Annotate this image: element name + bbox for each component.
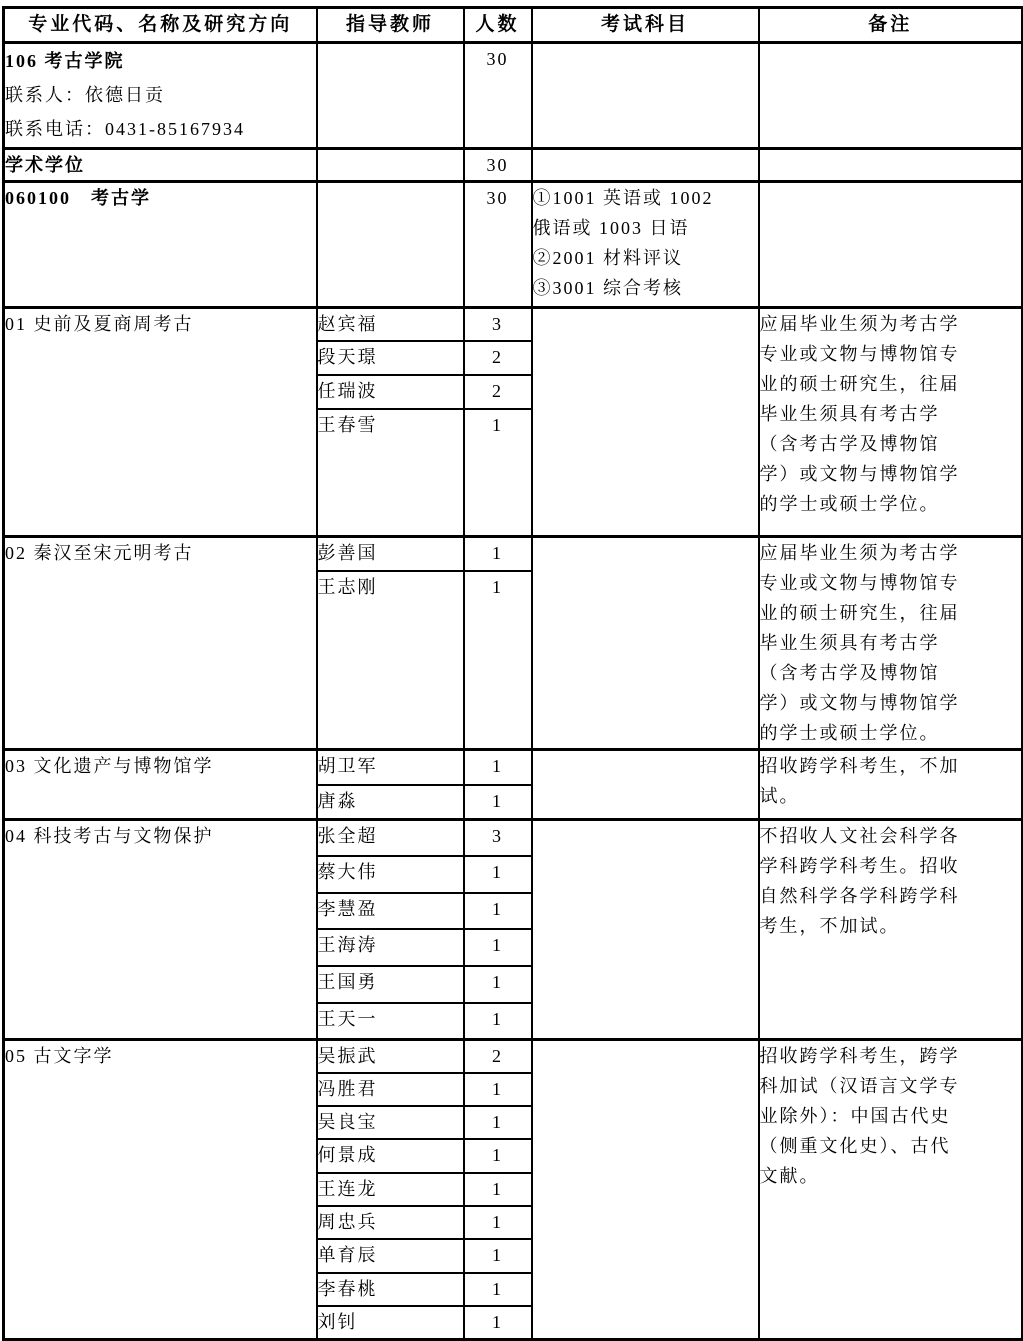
teacher-name-cell: 段天璟 xyxy=(317,341,464,375)
section-05-row: 05 古文字学 吴振武 2 招收跨学科考生，跨学 科加试（汉语言文学专 业除外）… xyxy=(4,1040,1023,1073)
section-note-cell: 招收跨学科考生，不加 试。 xyxy=(759,750,1023,820)
school-advisor-cell-empty xyxy=(317,43,464,149)
teacher-count-cell: 1 xyxy=(464,785,532,820)
section-title-cell: 04 科技考古与文物保护 xyxy=(4,820,317,1040)
teacher-name-cell: 王海涛 xyxy=(317,929,464,966)
teacher-count-cell: 1 xyxy=(464,1003,532,1040)
teacher-name-cell: 王志刚 xyxy=(317,571,464,750)
teacher-count-cell: 1 xyxy=(464,1206,532,1239)
section-exam-cell xyxy=(532,308,759,537)
section-01-row: 01 史前及夏商周考古 赵宾福 3 应届毕业生须为考古学 专业或文物与博物馆专 … xyxy=(4,308,1023,341)
section-note-cell: 不招收人文社会科学各 学科跨学科考生。招收 自然科学各学科跨学科 考生，不加试。 xyxy=(759,820,1023,1040)
teacher-count-cell: 1 xyxy=(464,966,532,1003)
degree-exam-cell-empty xyxy=(532,149,759,182)
teacher-count-cell: 3 xyxy=(464,308,532,341)
teacher-name-cell: 唐淼 xyxy=(317,785,464,820)
school-phone: 联系电话：0431-85167934 xyxy=(5,112,316,146)
teacher-name-cell: 彭善国 xyxy=(317,537,464,571)
section-title-cell: 02 秦汉至宋元明考古 xyxy=(4,537,317,750)
teacher-name-cell: 周忠兵 xyxy=(317,1206,464,1239)
major-row: 060100 考古学 30 ①1001 英语或 1002 俄语或 1003 日语… xyxy=(4,182,1023,308)
header-row: 专业代码、名称及研究方向 指导教师 人数 考试科目 备注 xyxy=(4,8,1023,43)
school-cell: 106 考古学院 联系人：依德日贡 联系电话：0431-85167934 xyxy=(4,43,317,149)
exam-subjects-cell: ①1001 英语或 1002 俄语或 1003 日语 ②2001 材料评议 ③3… xyxy=(532,182,759,308)
teacher-count-cell: 1 xyxy=(464,750,532,785)
section-note-cell: 应届毕业生须为考古学 专业或文物与博物馆专 业的硕士研究生，往届 毕业生须具有考… xyxy=(759,537,1023,750)
teacher-name-cell: 王国勇 xyxy=(317,966,464,1003)
teacher-count-cell: 2 xyxy=(464,1040,532,1073)
major-quota: 30 xyxy=(464,182,532,308)
section-exam-cell xyxy=(532,820,759,1040)
section-note-cell: 应届毕业生须为考古学 专业或文物与博物馆专 业的硕士研究生，往届 毕业生须具有考… xyxy=(759,308,1023,537)
teacher-count-cell: 1 xyxy=(464,409,532,537)
teacher-count-cell: 1 xyxy=(464,537,532,571)
teacher-count-cell: 1 xyxy=(464,1139,532,1173)
teacher-name-cell: 李春桃 xyxy=(317,1273,464,1306)
teacher-count-cell: 1 xyxy=(464,856,532,893)
section-exam-cell xyxy=(532,750,759,820)
section-title-cell: 05 古文字学 xyxy=(4,1040,317,1340)
header-advisor-col: 指导教师 xyxy=(317,8,464,43)
teacher-name-cell: 单育辰 xyxy=(317,1239,464,1273)
header-quota-col: 人数 xyxy=(464,8,532,43)
major-note-cell-empty xyxy=(759,182,1023,308)
section-02-row: 02 秦汉至宋元明考古 彭善国 1 应届毕业生须为考古学 专业或文物与博物馆专 … xyxy=(4,537,1023,571)
section-04-row: 04 科技考古与文物保护 张全超 3 不招收人文社会科学各 学科跨学科考生。招收… xyxy=(4,820,1023,856)
teacher-count-cell: 1 xyxy=(464,1306,532,1340)
header-exam-col: 考试科目 xyxy=(532,8,759,43)
section-note-cell: 招收跨学科考生，跨学 科加试（汉语言文学专 业除外）：中国古代史 （侧重文化史）… xyxy=(759,1040,1023,1340)
teacher-count-cell: 1 xyxy=(464,1073,532,1106)
teacher-count-cell: 1 xyxy=(464,1239,532,1273)
teacher-name-cell: 任瑞波 xyxy=(317,375,464,409)
section-exam-cell xyxy=(532,1040,759,1340)
teacher-name-cell: 王春雪 xyxy=(317,409,464,537)
teacher-name-cell: 冯胜君 xyxy=(317,1073,464,1106)
teacher-count-cell: 1 xyxy=(464,571,532,750)
teacher-name-cell: 蔡大伟 xyxy=(317,856,464,893)
teacher-count-cell: 1 xyxy=(464,893,532,929)
major-code-name-cell: 060100 考古学 xyxy=(4,182,317,308)
teacher-name-cell: 胡卫军 xyxy=(317,750,464,785)
teacher-name-cell: 李慧盈 xyxy=(317,893,464,929)
teacher-name-cell: 吴良宝 xyxy=(317,1106,464,1139)
section-title-cell: 03 文化遗产与博物馆学 xyxy=(4,750,317,820)
teacher-count-cell: 2 xyxy=(464,341,532,375)
school-row: 106 考古学院 联系人：依德日贡 联系电话：0431-85167934 30 xyxy=(4,43,1023,149)
teacher-name-cell: 赵宾福 xyxy=(317,308,464,341)
admissions-table: 专业代码、名称及研究方向 指导教师 人数 考试科目 备注 106 考古学院 联系… xyxy=(2,6,1023,1341)
school-exam-cell-empty xyxy=(532,43,759,149)
section-title-cell: 01 史前及夏商周考古 xyxy=(4,308,317,537)
teacher-name-cell: 何景成 xyxy=(317,1139,464,1173)
teacher-name-cell: 王连龙 xyxy=(317,1173,464,1206)
section-exam-cell xyxy=(532,537,759,750)
teacher-name-cell: 王天一 xyxy=(317,1003,464,1040)
school-code-name: 106 考古学院 xyxy=(5,44,316,78)
teacher-count-cell: 1 xyxy=(464,1273,532,1306)
teacher-name-cell: 张全超 xyxy=(317,820,464,856)
teacher-name-cell: 刘钊 xyxy=(317,1306,464,1340)
header-program-col: 专业代码、名称及研究方向 xyxy=(4,8,317,43)
teacher-count-cell: 1 xyxy=(464,1106,532,1139)
teacher-count-cell: 3 xyxy=(464,820,532,856)
degree-note-cell-empty xyxy=(759,149,1023,182)
school-quota: 30 xyxy=(464,43,532,149)
section-03-row: 03 文化遗产与博物馆学 胡卫军 1 招收跨学科考生，不加 试。 xyxy=(4,750,1023,785)
major-advisor-cell-empty xyxy=(317,182,464,308)
teacher-count-cell: 1 xyxy=(464,929,532,966)
teacher-count-cell: 1 xyxy=(464,1173,532,1206)
teacher-count-cell: 2 xyxy=(464,375,532,409)
teacher-name-cell: 吴振武 xyxy=(317,1040,464,1073)
school-note-cell-empty xyxy=(759,43,1023,149)
school-contact: 联系人：依德日贡 xyxy=(5,78,316,112)
header-note-col: 备注 xyxy=(759,8,1023,43)
degree-row: 学术学位 30 xyxy=(4,149,1023,182)
degree-quota: 30 xyxy=(464,149,532,182)
degree-advisor-cell-empty xyxy=(317,149,464,182)
degree-type-cell: 学术学位 xyxy=(4,149,317,182)
